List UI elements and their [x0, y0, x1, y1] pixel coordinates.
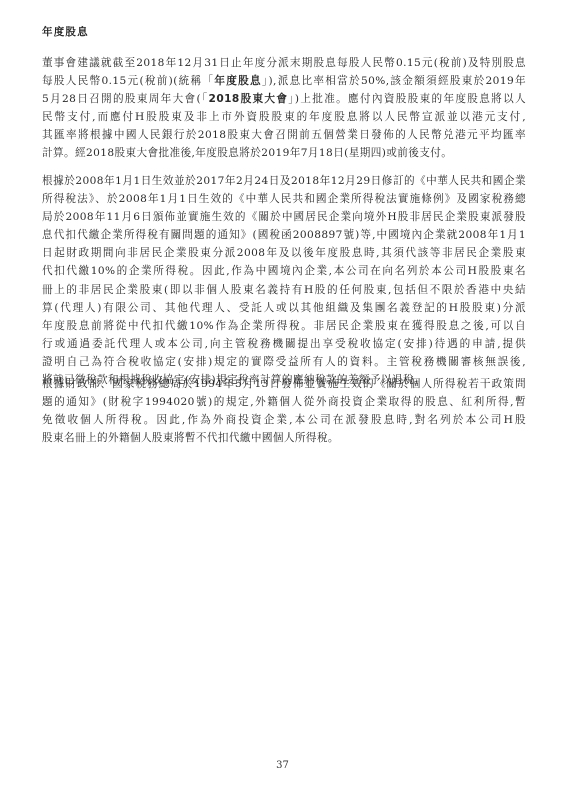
paragraph-line: 冊上的非居民企業股東(即以非個人股東名義持有H股的任何股東,包括但不限於香港中央…	[42, 281, 526, 299]
section-heading: 年度股息	[42, 24, 89, 39]
paragraph-line: 計算。經2018股東大會批准後,年度股息將於2019年7月18日(星期四)或前後…	[42, 144, 526, 162]
paragraph-annual-dividend: 董事會建議就截至2018年12月31日止年度分派末期股息每股人民幣0.15元(稅…	[42, 54, 526, 163]
paragraph-line: 民幣支付,而應付H股股東及非上市外資股股東的年度股息將以人民幣宣派並以港元支付,	[42, 108, 526, 126]
paragraph-enterprise-tax: 根據於2008年1月1日生效並於2017年2月24日及2018年12月29日修訂…	[42, 172, 526, 389]
paragraph-line: 局於2008年11月6日頒佈並實施生效的《關於中國居民企業向境外H股非居民企業股…	[42, 208, 526, 226]
paragraph-line: 日起財政期間向非居民企業股東分派2008年及以後年度股息時,其須代該等非居民企業…	[42, 244, 526, 262]
paragraph-line: 題的通知》(財稅字1994020號)的規定,外籍個人從外商投資企業取得的股息、紅…	[42, 393, 526, 411]
paragraph-line: 股東名冊上的外籍個人股東將暫不代扣代繳中國個人所得稅。	[42, 429, 526, 447]
paragraph-line: 根據財政部、國家稅務總局於1994年5月13日發佈並實施生效的《關於個人所得稅若…	[42, 375, 526, 393]
paragraph-line: 5月28日召開的股東周年大會(「2018股東大會」)上批准。應付內資股股東的年度…	[42, 90, 526, 108]
defined-term: 2018股東大會	[209, 93, 289, 105]
paragraph-line: 算(代理人)有限公司、其他代理人、受託人或以其他組織及集團名義登記的H股股東)分…	[42, 299, 526, 317]
paragraph-line: 所得稅法》、於2008年1月1日生效的《中華人民共和國企業所得稅法實施條例》及國…	[42, 190, 526, 208]
paragraph-line: 年度股息前將從中代扣代繳10%作為企業所得稅。非居民企業股東在獲得股息之後,可以…	[42, 317, 526, 335]
paragraph-line: 每股人民幣0.15元(稅前)(統稱「年度股息」),派息比率相當於50%,該金額須…	[42, 72, 526, 90]
paragraph-line: 其匯率將根據中國人民銀行於2018股東大會召開前五個營業日發佈的人民幣兑港元平均…	[42, 126, 526, 144]
paragraph-line: 證明自己為符合稅收協定(安排)規定的實際受益所有人的資料。主管稅務機關審核無誤後…	[42, 353, 526, 371]
document-page: 年度股息 董事會建議就截至2018年12月31日止年度分派末期股息每股人民幣0.…	[0, 0, 565, 800]
paragraph-individual-tax: 根據財政部、國家稅務總局於1994年5月13日發佈並實施生效的《關於個人所得稅若…	[42, 375, 526, 447]
paragraph-line: 董事會建議就截至2018年12月31日止年度分派末期股息每股人民幣0.15元(稅…	[42, 54, 526, 72]
paragraph-line: 息代扣代繳企業所得稅有關問題的通知》(國稅函2008897號)等,中國境內企業就…	[42, 226, 526, 244]
defined-term: 年度股息	[214, 75, 262, 87]
paragraph-line: 免徵收個人所得稅。因此,作為外商投資企業,本公司在派發股息時,對名列於本公司H股	[42, 411, 526, 429]
paragraph-line: 行或通過委託代理人或本公司,向主管稅務機關提出享受稅收協定(安排)待遇的申請,提…	[42, 335, 526, 353]
page-number: 37	[0, 760, 565, 771]
paragraph-line: 代扣代繳10%的企業所得稅。因此,作為中國境內企業,本公司在向名列於本公司H股股…	[42, 262, 526, 280]
paragraph-line: 根據於2008年1月1日生效並於2017年2月24日及2018年12月29日修訂…	[42, 172, 526, 190]
